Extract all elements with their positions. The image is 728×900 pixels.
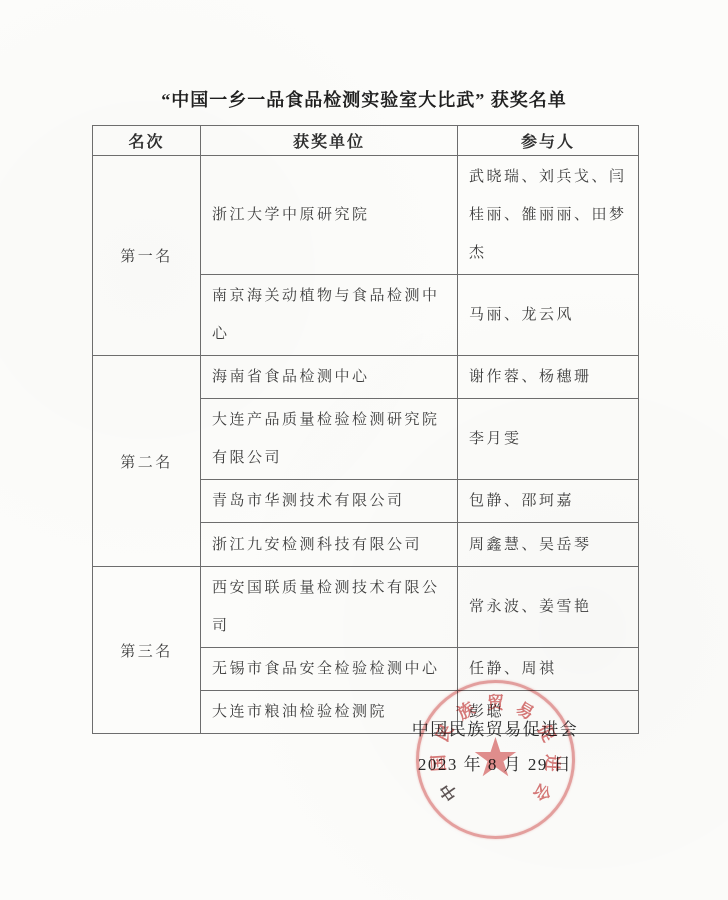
participants-cell: 包静、邵珂嘉 [458,480,639,523]
rank-cell-second: 第二名 [93,356,201,567]
rank-cell-first: 第一名 [93,156,201,356]
awards-table: 名次 获奖单位 参与人 第一名 浙江大学中原研究院 武晓瑞、刘兵戈、闫桂丽、雒丽… [92,125,639,734]
participants-cell: 李月雯 [458,399,639,480]
unit-cell: 浙江九安检测科技有限公司 [201,523,458,567]
rank-cell-third: 第三名 [93,567,201,734]
seal-arc-char: 国 [430,754,448,772]
unit-cell: 青岛市华测技术有限公司 [201,480,458,523]
unit-cell: 大连产品质量检验检测研究院有限公司 [201,399,458,480]
participants-cell: 武晓瑞、刘兵戈、闫桂丽、雒丽丽、田梦杰 [458,156,639,275]
table-row: 第三名 西安国联质量检测技术有限公司 常永波、姜雪艳 [93,567,639,648]
participants-cell: 谢作蓉、杨穗珊 [458,356,639,399]
seal-arc-char: 会 [530,780,554,804]
table-row: 第二名 海南省食品检测中心 谢作蓉、杨穗珊 [93,356,639,399]
header-cell-rank: 名次 [93,126,201,156]
seal-arc-char: 中 [437,780,461,804]
seal-arc-char: 贸 [487,694,504,711]
official-seal-stamp: ★ 中国民族贸易促进会 [416,680,575,839]
document-page: “中国一乡一品食品检测实验室大比武” 获奖名单 名次 获奖单位 参与人 第一名 … [0,0,728,900]
unit-cell: 海南省食品检测中心 [201,356,458,399]
seal-arc-char: 族 [454,699,477,722]
unit-cell: 西安国联质量检测技术有限公司 [201,567,458,648]
seal-arc-char: 促 [535,722,558,745]
table-header-row: 名次 获奖单位 参与人 [93,126,639,156]
participants-cell: 马丽、龙云风 [458,275,639,356]
participants-cell: 常永波、姜雪艳 [458,567,639,648]
seal-arc-text: 中国民族贸易促进会 [419,683,572,836]
header-cell-participants: 参与人 [458,126,639,156]
unit-cell: 浙江大学中原研究院 [201,156,458,275]
unit-cell: 南京海关动植物与食品检测中心 [201,275,458,356]
table-row: 第一名 浙江大学中原研究院 武晓瑞、刘兵戈、闫桂丽、雒丽丽、田梦杰 [93,156,639,275]
seal-arc-char: 易 [513,699,536,722]
header-cell-unit: 获奖单位 [201,126,458,156]
seal-arc-char: 民 [433,722,456,745]
participants-cell: 周鑫慧、吴岳琴 [458,523,639,567]
seal-arc-char: 进 [543,754,561,772]
page-title: “中国一乡一品食品检测实验室大比武” 获奖名单 [0,86,728,112]
